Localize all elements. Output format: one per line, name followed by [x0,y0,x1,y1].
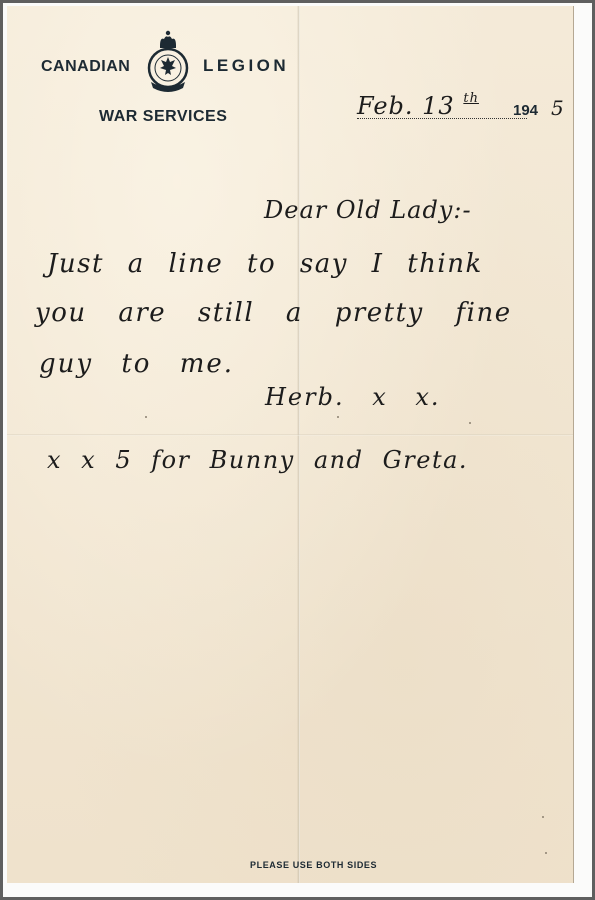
body-line-2: you are still a pretty fine [35,298,512,328]
footer-notice: PLEASE USE BOTH SIDES [250,860,377,870]
letterhead-legion: LEGION [203,56,289,76]
horizontal-fold-crease [7,434,573,436]
paper-speck [145,416,147,418]
scan-frame: CANADIAN LEGION WAR SERVICES Feb. 13 th … [3,3,592,897]
printed-year-prefix: 194 [513,102,538,119]
body-line-1: Just a line to say I think [47,249,483,279]
date-dotted-line [357,118,527,119]
vertical-fold-crease [297,6,300,883]
date-ordinal: th [463,91,479,106]
letterhead-subtitle: WAR SERVICES [99,108,227,126]
date-text: Feb. 13 [357,92,455,120]
handwritten-year-digit: 5 [551,96,564,120]
body-line-3: guy to me. [39,349,234,379]
handwritten-date: Feb. 13 th [357,91,479,120]
canadian-legion-crest-icon [143,30,193,96]
paper-speck [469,422,471,424]
paper-speck [337,416,339,418]
letterhead-canadian: CANADIAN [41,58,130,76]
signature: Herb. x x. [265,383,441,411]
salutation: Dear Old Lady:- [264,196,472,224]
postscript: x x 5 for Bunny and Greta. [47,446,468,474]
paper-speck [542,816,544,818]
paper-speck [545,852,547,854]
letter-paper: CANADIAN LEGION WAR SERVICES Feb. 13 th … [7,6,573,883]
